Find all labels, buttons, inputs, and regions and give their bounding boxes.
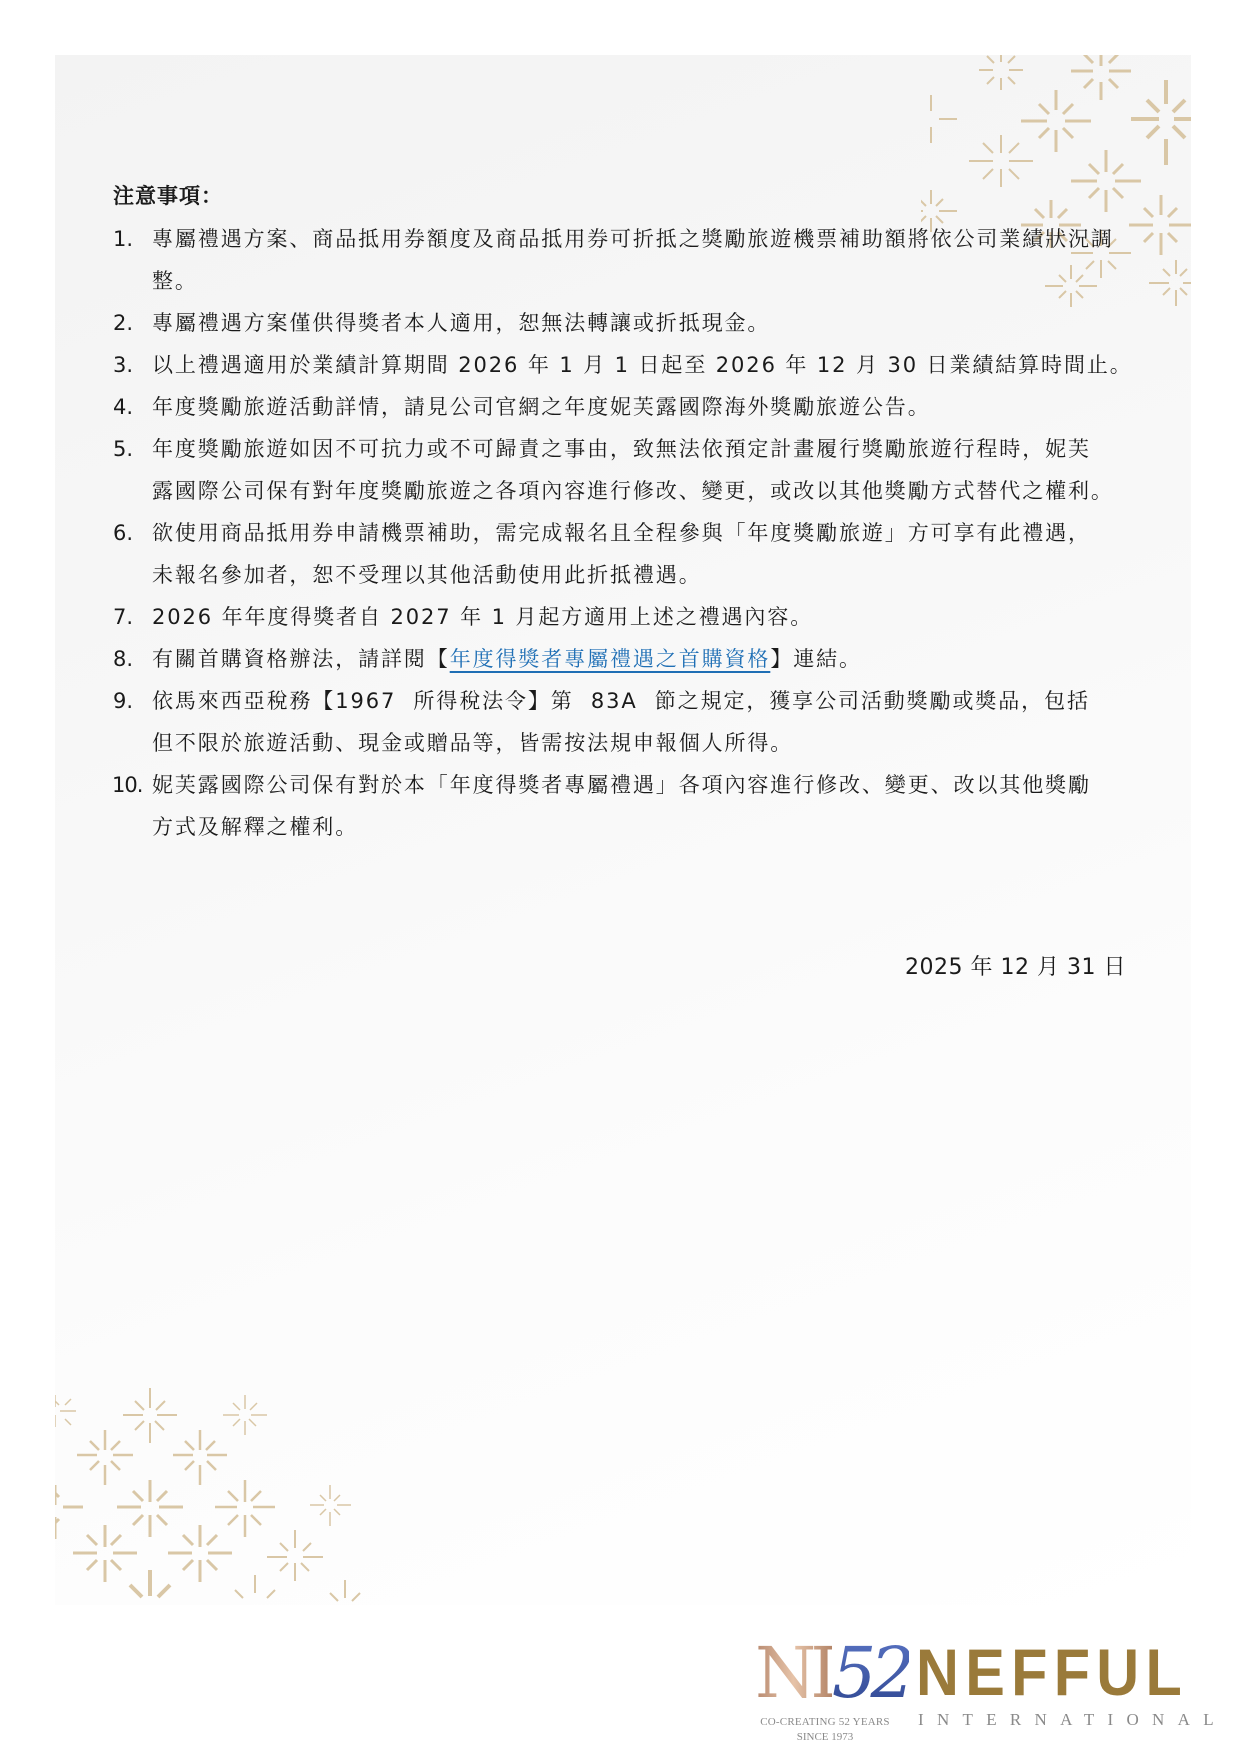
note-text-line: 但不限於旅遊活動、現金或贈品等，皆需按法規申報個人所得。 [152,722,1133,764]
note-number: 3. [113,344,133,386]
ni52-logo-mark: NI52 [755,1636,909,1710]
note-number: 5. [113,428,133,470]
note-text-line: 2026 年年度得獎者自 2027 年 1 月起方適用上述之禮遇內容。 [152,596,1133,638]
brand-subtitle: INTERNATIONAL [918,1710,1227,1730]
note-number: 8. [113,638,133,680]
note-text-prefix: 有關首購資格辦法，請詳閱【 [152,647,450,671]
document-date: 2025 年 12 月 31 日 [905,950,1126,981]
note-text-line: 方式及解釋之權利。 [152,806,1133,848]
note-number: 6. [113,512,133,554]
anniversary-number: 52 [832,1632,909,1714]
note-text-suffix: 】連結。 [770,647,862,671]
notes-list: 1. 專屬禮遇方案、商品抵用券額度及商品抵用券可折抵之獎勵旅遊機票補助額將依公司… [113,218,1133,848]
note-text-line: 未報名參加者，恕不受理以其他活動使用此折抵禮遇。 [152,554,1133,596]
nefful-brand-logo: NEFFUL INTERNATIONAL [916,1640,1188,1735]
star-pattern-decoration-bottom-left [55,1385,375,1605]
anniversary-logo: NI52 CO-CREATING 52 YEARS SINCE 1973 [755,1636,895,1748]
note-text-line: 專屬禮遇方案僅供得獎者本人適用，恕無法轉讓或折抵現金。 [152,302,1133,344]
first-purchase-eligibility-link[interactable]: 年度得獎者專屬禮遇之首購資格 [450,647,771,671]
note-item-6: 6. 欲使用商品抵用券申請機票補助，需完成報名且全程參與「年度獎勵旅遊」方可享有… [113,512,1133,596]
note-number: 9. [113,680,133,722]
note-item-1: 1. 專屬禮遇方案、商品抵用券額度及商品抵用券可折抵之獎勵旅遊機票補助額將依公司… [113,218,1133,302]
note-item-10: 10. 妮芙露國際公司保有對於本「年度得獎者專屬禮遇」各項內容進行修改、變更、改… [113,764,1133,848]
note-text-line: 有關首購資格辦法，請詳閱【年度得獎者專屬禮遇之首購資格】連結。 [152,638,1133,680]
note-item-9: 9. 依馬來西亞稅務【1967 所得稅法令】第 83A 節之規定，獲享公司活動獎… [113,680,1133,764]
note-item-5: 5. 年度獎勵旅遊如因不可抗力或不可歸責之事由，致無法依預定計畫履行獎勵旅遊行程… [113,428,1133,512]
note-number: 2. [113,302,133,344]
note-text-line: 露國際公司保有對年度獎勵旅遊之各項內容進行修改、變更，或改以其他獎勵方式替代之權… [152,470,1133,512]
notes-heading: 注意事項： [113,180,223,210]
note-text-line: 以上禮遇適用於業績計算期間 2026 年 1 月 1 日起至 2026 年 12… [152,344,1133,386]
note-text-line: 專屬禮遇方案、商品抵用券額度及商品抵用券可折抵之獎勵旅遊機票補助額將依公司業績狀… [152,218,1133,260]
note-number: 4. [113,386,133,428]
note-text-line: 妮芙露國際公司保有對於本「年度得獎者專屬禮遇」各項內容進行修改、變更、改以其他獎… [152,764,1133,806]
note-number: 10. [112,764,142,806]
note-item-8: 8. 有關首購資格辦法，請詳閱【年度得獎者專屬禮遇之首購資格】連結。 [113,638,1133,680]
note-number: 1. [113,218,133,260]
note-item-4: 4. 年度獎勵旅遊活動詳情，請見公司官網之年度妮芙露國際海外獎勵旅遊公告。 [113,386,1133,428]
note-item-7: 7. 2026 年年度得獎者自 2027 年 1 月起方適用上述之禮遇內容。 [113,596,1133,638]
brand-name: NEFFUL [916,1640,1161,1704]
note-item-3: 3. 以上禮遇適用於業績計算期間 2026 年 1 月 1 日起至 2026 年… [113,344,1133,386]
note-text-line: 年度獎勵旅遊活動詳情，請見公司官網之年度妮芙露國際海外獎勵旅遊公告。 [152,386,1133,428]
note-text-line: 依馬來西亞稅務【1967 所得稅法令】第 83A 節之規定，獲享公司活動獎勵或獎… [152,680,1133,722]
anniversary-since: SINCE 1973 [755,1731,895,1743]
note-item-2: 2. 專屬禮遇方案僅供得獎者本人適用，恕無法轉讓或折抵現金。 [113,302,1133,344]
note-text-line: 整。 [152,260,1133,302]
ni-letters: NI [755,1632,832,1714]
note-number: 7. [113,596,133,638]
anniversary-tagline: CO-CREATING 52 YEARS [755,1716,895,1728]
note-text-line: 年度獎勵旅遊如因不可抗力或不可歸責之事由，致無法依預定計畫履行獎勵旅遊行程時，妮… [152,428,1133,470]
note-text-line: 欲使用商品抵用券申請機票補助，需完成報名且全程參與「年度獎勵旅遊」方可享有此禮遇… [152,512,1133,554]
